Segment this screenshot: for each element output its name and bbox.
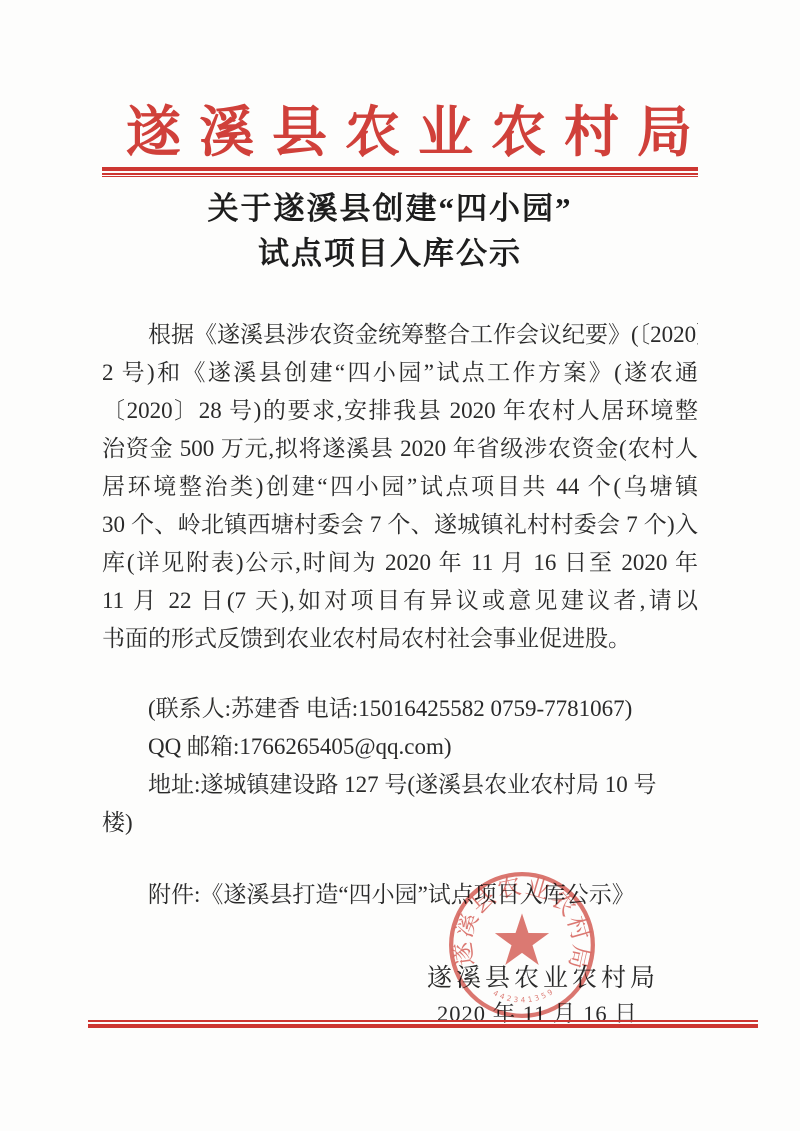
contact-address-line: 地址:遂城镇建设路 127 号(遂溪县农业农村局 10 号 <box>102 766 698 804</box>
rule-thin-bar <box>102 176 698 178</box>
document-title: 关于遂溪县创建“四小园” 试点项目入库公示 <box>90 186 690 276</box>
letterhead-title: 遂溪县农业农村局 <box>0 88 800 167</box>
body-line: 根据《遂溪县涉农资金统筹整合工作会议纪要》(〔2020〕 <box>102 316 698 354</box>
body-paragraph: 根据《遂溪县涉农资金统筹整合工作会议纪要》(〔2020〕 2 号)和《遂溪县创建… <box>102 316 698 658</box>
body-line: 〔2020〕28 号)的要求,安排我县 2020 年农村人居环境整 <box>102 392 698 430</box>
body-line: 治资金 500 万元,拟将遂溪县 2020 年省级涉农资金(农村人 <box>102 430 698 468</box>
letterhead-rule <box>102 167 698 177</box>
body-line: 居环境整治类)创建“四小园”试点项目共 44 个(乌塘镇 <box>102 468 698 506</box>
body-line: 库(详见附表)公示,时间为 2020 年 11 月 16 日至 2020 年 <box>102 544 698 582</box>
rule-thick-bar <box>88 1024 758 1028</box>
document-title-line2: 试点项目入库公示 <box>90 231 690 276</box>
attachment-reference: 附件:《遂溪县打造“四小园”试点项目入库公示》 <box>148 876 708 909</box>
body-line: 书面的形式反馈到农业农村局农村社会事业促进股。 <box>102 620 698 658</box>
body-line: 11 月 22 日(7 天),如对项目有异议或意见建议者,请以 <box>102 582 698 620</box>
contact-info: (联系人:苏建香 电话:15016425582 0759-7781067) QQ… <box>102 690 698 842</box>
contact-email-line: QQ 邮箱:1766265405@qq.com) <box>102 728 698 766</box>
contact-person-line: (联系人:苏建香 电话:15016425582 0759-7781067) <box>102 690 698 728</box>
contact-address-continuation: 楼) <box>102 804 698 842</box>
official-seal: 遂溪县农业农村局 4423413596 <box>445 868 599 1022</box>
body-line: 30 个、岭北镇西塘村委会 7 个、遂城镇礼村村委会 7 个)入 <box>102 506 698 544</box>
seal-star-icon <box>495 913 549 965</box>
body-line: 2 号)和《遂溪县创建“四小园”试点工作方案》(遂农通 <box>102 354 698 392</box>
footer-rule <box>88 1020 758 1028</box>
document-title-line1: 关于遂溪县创建“四小园” <box>90 186 690 231</box>
document-page: 遂溪县农业农村局 关于遂溪县创建“四小园” 试点项目入库公示 根据《遂溪县涉农资… <box>0 0 800 1131</box>
